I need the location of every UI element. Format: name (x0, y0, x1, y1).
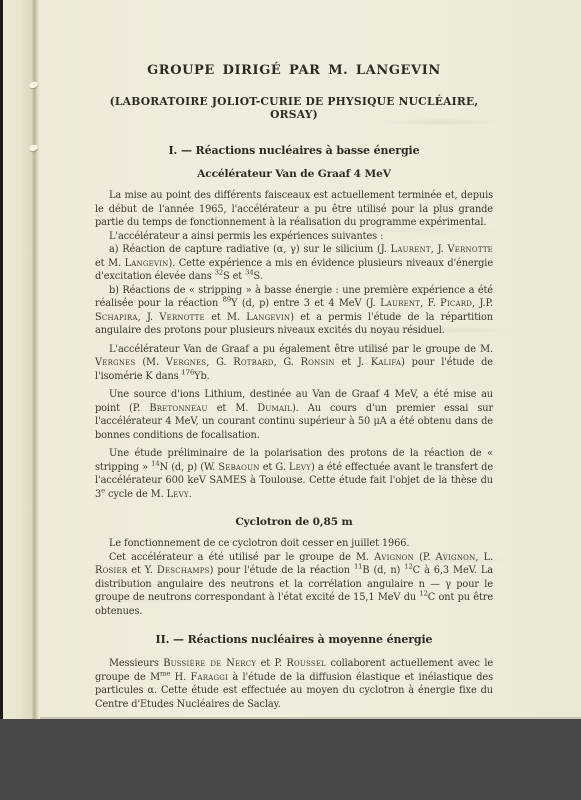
paragraph-avignon-group: Cet accélérateur a été utilisé par le gr… (95, 551, 493, 619)
paragraph-a-radiative-capture: a) Réaction de capture radiative (α, γ) … (95, 243, 493, 284)
van-de-graaf-heading: Accélérateur Van de Graaf 4 MeV (95, 168, 493, 181)
paragraph-polarisation-study: Une étude préliminaire de la polarisatio… (95, 447, 493, 501)
paragraph-lithium-source: Une source d'ions Lithium, destinée au V… (95, 388, 493, 442)
paragraph-b-stripping: b) Réactions de « stripping » à basse én… (95, 284, 493, 338)
scan-edge-left (0, 0, 3, 719)
paragraph-saclay-collaboration: Messieurs Bussière de Nercy et P. Rousse… (95, 657, 493, 711)
cyclotron-heading: Cyclotron de 0,85 m (95, 516, 493, 529)
scan-background-bottom (0, 719, 581, 800)
previous-page-edge (3, 0, 32, 719)
laboratory-subtitle: (LABORATOIRE JOLIOT-CURIE DE PHYSIQUE NU… (95, 95, 493, 121)
paragraph-experiments-intro: L'accélérateur a ainsi permis les expéri… (95, 230, 493, 244)
group-title: GROUPE DIRIGÉ PAR M. LANGEVIN (95, 63, 493, 78)
page-content: GROUPE DIRIGÉ PAR M. LANGEVIN (LABORATOI… (39, 0, 581, 717)
section-2-heading: II. — Réactions nucléaires à moyenne éne… (95, 633, 493, 646)
paragraph-vergnes-group: L'accélérateur Van de Graaf a pu égaleme… (95, 343, 493, 384)
paragraph-beam-setup: La mise au point des différents faisceau… (95, 189, 493, 230)
paragraph-cyclotron-shutdown: Le fonctionnement de ce cyclotron doit c… (95, 537, 493, 551)
section-1-heading: I. — Réactions nucléaires à basse énergi… (95, 144, 493, 157)
binding-fold-shadow (32, 0, 40, 719)
page-paper: GROUPE DIRIGÉ PAR M. LANGEVIN (LABORATOI… (0, 0, 581, 719)
